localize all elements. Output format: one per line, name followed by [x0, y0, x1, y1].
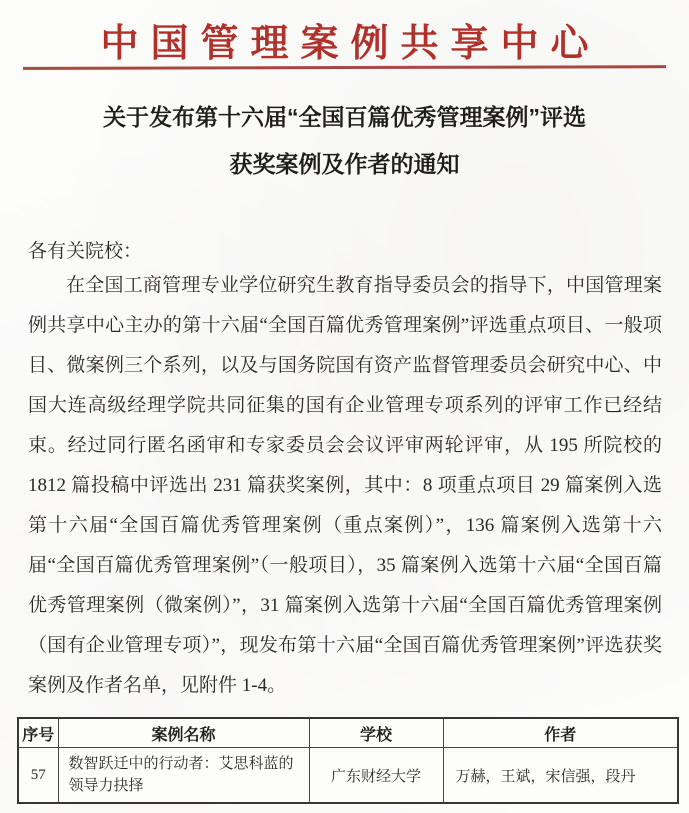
cell-no: 57: [18, 748, 58, 804]
salutation: 各有关院校：: [28, 236, 142, 263]
table-header-school: 学校: [309, 718, 443, 748]
table-row: 57 数智跃迁中的行动者：艾思科蓝的领导力抉择 广东财经大学 万赫，王斌，宋信强…: [18, 748, 678, 804]
table-header-authors: 作者: [443, 718, 678, 748]
award-table: 序号 案例名称 学校 作者 57 数智跃迁中的行动者：艾思科蓝的领导力抉择 广东…: [17, 717, 679, 804]
table-header-row: 序号 案例名称 学校 作者: [18, 718, 678, 748]
cell-case-name: 数智跃迁中的行动者：艾思科蓝的领导力抉择: [58, 748, 309, 804]
table-header-no: 序号: [18, 718, 58, 748]
document-title-line2: 获奖案例及作者的通知: [230, 151, 460, 177]
body-paragraph: 在全国工商管理专业学位研究生教育指导委员会的指导下，中国管理案例共享中心主办的第…: [28, 266, 662, 718]
cell-authors: 万赫，王斌，宋信强，段丹: [443, 748, 678, 804]
table-header-case-name: 案例名称: [58, 718, 309, 748]
notice-document-page: 中国管理案例共享中心 关于发布第十六届“全国百篇优秀管理案例”评选 获奖案例及作…: [0, 0, 689, 813]
letterhead-title: 中国管理案例共享中心: [0, 12, 689, 67]
document-title-line1: 关于发布第十六届“全国百篇优秀管理案例”评选: [103, 104, 586, 130]
document-title: 关于发布第十六届“全国百篇优秀管理案例”评选 获奖案例及作者的通知: [40, 94, 649, 188]
cell-school: 广东财经大学: [309, 748, 443, 804]
letterhead-divider: [23, 65, 666, 70]
